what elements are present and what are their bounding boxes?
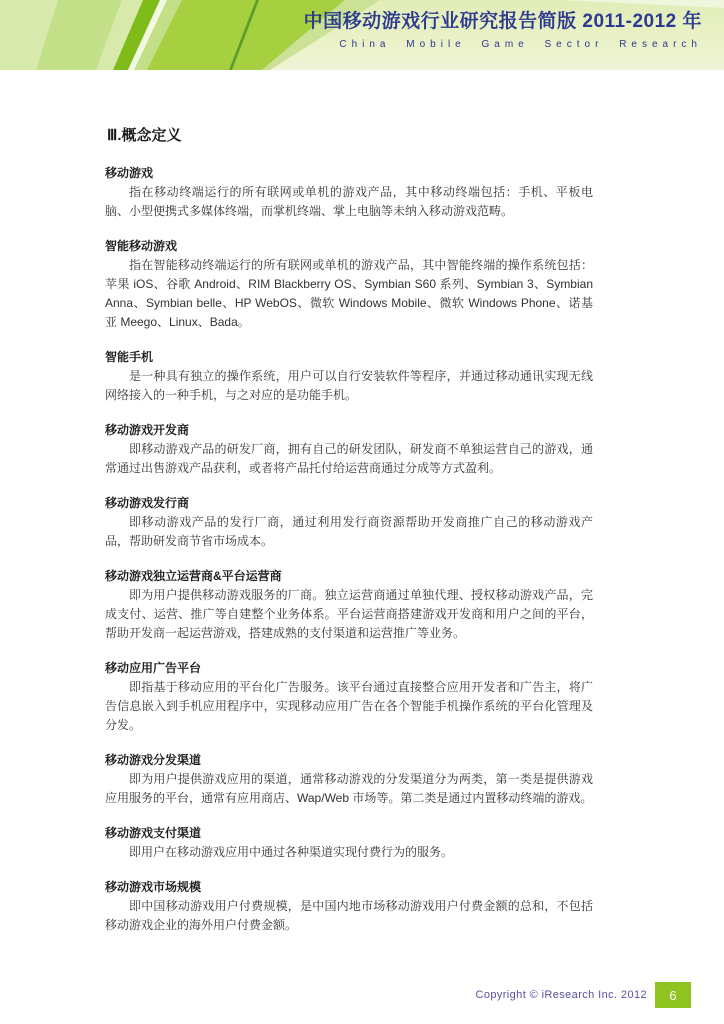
term-definition: 即中国移动游戏用户付费规模，是中国内地市场移动游戏用户付费金额的总和，不包括移动… <box>105 897 593 935</box>
term-title: 移动游戏独立运营商&平台运营商 <box>105 567 593 586</box>
term-section: 移动游戏支付渠道 即用户在移动游戏应用中通过各种渠道实现付费行为的服务。 <box>105 824 593 862</box>
term-title: 移动游戏 <box>105 164 593 183</box>
term-title: 移动游戏发行商 <box>105 494 593 513</box>
report-page: 中国移动游戏行业研究报告简版 2011-2012 年 China Mobile … <box>0 0 724 1024</box>
term-definition: 即移动游戏产品的研发厂商，拥有自己的研发团队，研发商不单独运营自己的游戏，通常通… <box>105 440 593 478</box>
copyright-text: Copyright © iResearch Inc. 2012 <box>475 989 647 1001</box>
term-section: 移动游戏市场规模 即中国移动游戏用户付费规模，是中国内地市场移动游戏用户付费金额… <box>105 878 593 935</box>
term-definition: 指在移动终端运行的所有联网或单机的游戏产品，其中移动终端包括：手机、平板电脑、小… <box>105 183 593 221</box>
term-section: 移动游戏分发渠道 即为用户提供游戏应用的渠道，通常移动游戏的分发渠道分为两类，第… <box>105 751 593 808</box>
term-definition: 即为用户提供游戏应用的渠道，通常移动游戏的分发渠道分为两类，第一类是提供游戏应用… <box>105 770 593 808</box>
report-title-cn: 中国移动游戏行业研究报告简版 2011-2012 年 <box>304 9 702 35</box>
term-definition: 即用户在移动游戏应用中通过各种渠道实现付费行为的服务。 <box>105 843 593 862</box>
term-definition: 即为用户提供移动游戏服务的厂商。独立运营商通过单独代理、授权移动游戏产品，完成支… <box>105 586 593 643</box>
term-section: 移动游戏独立运营商&平台运营商 即为用户提供移动游戏服务的厂商。独立运营商通过单… <box>105 567 593 643</box>
term-section: 移动应用广告平台 即指基于移动应用的平台化广告服务。该平台通过直接整合应用开发者… <box>105 659 593 735</box>
term-title: 移动应用广告平台 <box>105 659 593 678</box>
term-section: 移动游戏 指在移动终端运行的所有联网或单机的游戏产品，其中移动终端包括：手机、平… <box>105 164 593 221</box>
term-section: 移动游戏开发商 即移动游戏产品的研发厂商，拥有自己的研发团队，研发商不单独运营自… <box>105 421 593 478</box>
term-definition: 指在智能移动终端运行的所有联网或单机的游戏产品，其中智能终端的操作系统包括：苹果… <box>105 256 593 332</box>
term-title: 智能移动游戏 <box>105 237 593 256</box>
term-title: 智能手机 <box>105 348 593 367</box>
section-heading: Ⅲ.概念定义 <box>107 126 593 146</box>
term-title: 移动游戏支付渠道 <box>105 824 593 843</box>
term-title: 移动游戏市场规模 <box>105 878 593 897</box>
header-banner: 中国移动游戏行业研究报告简版 2011-2012 年 China Mobile … <box>0 0 724 70</box>
term-section: 移动游戏发行商 即移动游戏产品的发行厂商，通过利用发行商资源帮助开发商推广自己的… <box>105 494 593 551</box>
term-definition: 即指基于移动应用的平台化广告服务。该平台通过直接整合应用开发者和广告主，将广告信… <box>105 678 593 735</box>
report-title-en: China Mobile Game Sector Research <box>304 36 702 54</box>
header-titles: 中国移动游戏行业研究报告简版 2011-2012 年 China Mobile … <box>304 9 702 54</box>
term-section: 智能移动游戏 指在智能移动终端运行的所有联网或单机的游戏产品，其中智能终端的操作… <box>105 237 593 332</box>
term-definition: 是一种具有独立的操作系统，用户可以自行安装软件等程序，并通过移动通讯实现无线网络… <box>105 367 593 405</box>
term-definition: 即移动游戏产品的发行厂商，通过利用发行商资源帮助开发商推广自己的移动游戏产品，帮… <box>105 513 593 551</box>
term-title: 移动游戏开发商 <box>105 421 593 440</box>
term-section: 智能手机 是一种具有独立的操作系统，用户可以自行安装软件等程序，并通过移动通讯实… <box>105 348 593 405</box>
page-footer: Copyright © iResearch Inc. 2012 6 <box>475 982 691 1008</box>
term-title: 移动游戏分发渠道 <box>105 751 593 770</box>
page-number-badge: 6 <box>655 982 691 1008</box>
document-body: Ⅲ.概念定义 移动游戏 指在移动终端运行的所有联网或单机的游戏产品，其中移动终端… <box>105 126 593 951</box>
